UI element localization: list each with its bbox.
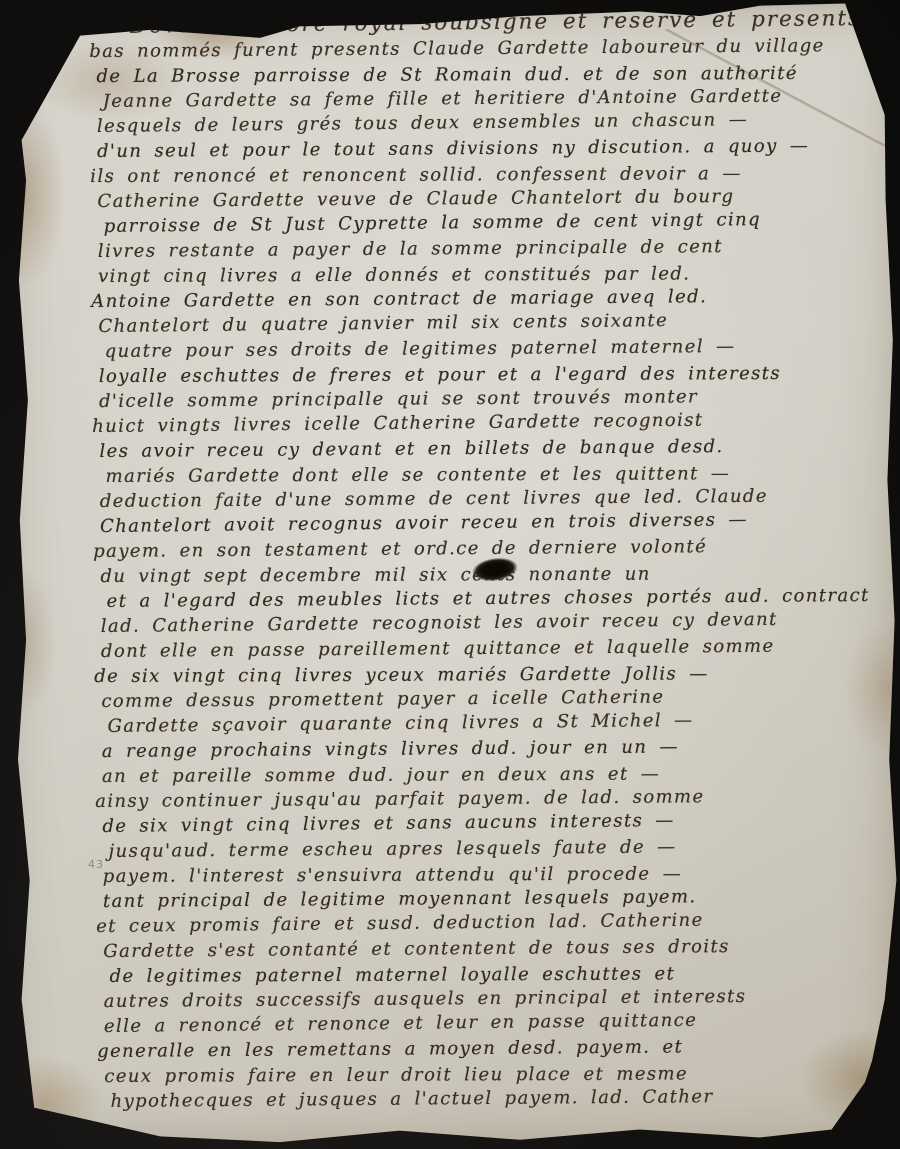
manuscript-line: de six vingt cinq livres yceux mariés Ga…: [94, 661, 891, 689]
manuscript-line: vingt cinq livres a elle donnés et const…: [98, 261, 888, 289]
manuscript-page: Devant le nore royal soubsigné et reserv…: [0, 0, 900, 1149]
manuscript-line: ils ont renoncé et renoncent sollid. con…: [90, 161, 887, 189]
manuscript-line: ceux promis faire en leur droit lieu pla…: [104, 1061, 894, 1089]
manuscript-line: loyalle eschuttes de freres et pour et a…: [99, 361, 889, 389]
manuscript-line: de legitimes paternel maternel loyalle e…: [110, 961, 894, 989]
manuscript-line: mariés Gardette dont elle se contente et…: [106, 461, 890, 489]
margin-note: 43: [88, 858, 104, 871]
manuscript-line: payem. l'interest s'ensuivra attendu qu'…: [103, 861, 893, 889]
manuscript-photo: Devant le nore royal soubsigné et reserv…: [0, 0, 900, 1149]
manuscript-line: an et pareille somme dud. jour en deux a…: [102, 761, 892, 789]
manuscript-line: de La Brosse parroisse de St Romain dud.…: [96, 61, 886, 89]
